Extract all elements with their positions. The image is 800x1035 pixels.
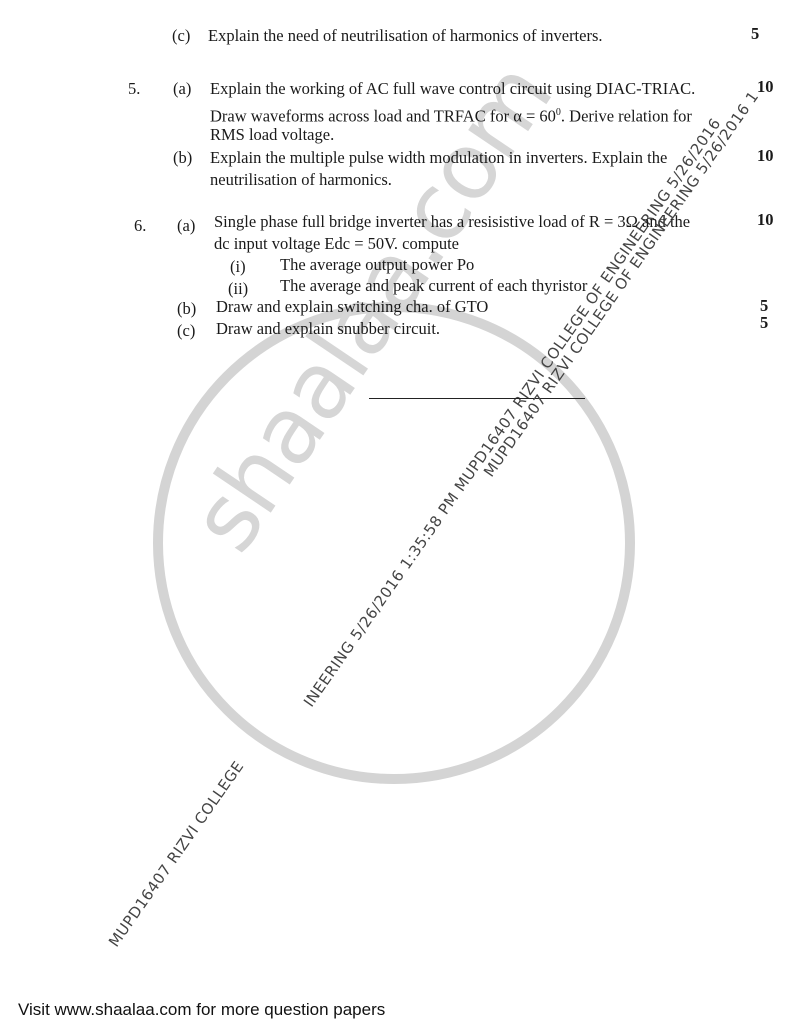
watermark-stamp-bottom-left: MUPD16407 RIZVI COLLEGE bbox=[105, 758, 247, 951]
q6c-marks: 5 bbox=[760, 313, 768, 333]
q6c-label: (c) bbox=[177, 321, 195, 341]
q5a-line2-pre: Draw waveforms across load and TRFAC for… bbox=[210, 107, 556, 126]
q6c-text: Draw and explain snubber circuit. bbox=[216, 319, 440, 339]
q6a-sub2-label: (ii) bbox=[228, 279, 248, 299]
end-rule bbox=[369, 398, 585, 399]
q6a-marks: 10 bbox=[757, 210, 774, 230]
q5a-line2-post: . Derive relation for bbox=[561, 107, 692, 126]
footer-link-text[interactable]: Visit www.shaalaa.com for more question … bbox=[18, 1000, 385, 1020]
q6-number: 6. bbox=[134, 216, 146, 236]
q6a-sub1-text: The average output power Po bbox=[280, 255, 474, 275]
q5-number: 5. bbox=[128, 79, 140, 99]
q4c-label: (c) bbox=[172, 26, 190, 46]
q6b-label: (b) bbox=[177, 299, 196, 319]
q5b-marks: 10 bbox=[757, 146, 774, 166]
q5b-label: (b) bbox=[173, 148, 192, 168]
q6a-label: (a) bbox=[177, 216, 195, 236]
q5a-marks: 10 bbox=[757, 77, 774, 97]
q5a-line1: Explain the working of AC full wave cont… bbox=[210, 79, 695, 99]
q4c-marks: 5 bbox=[751, 24, 759, 44]
q6a-sub2-text: The average and peak current of each thy… bbox=[280, 276, 587, 296]
q5a-line2: Draw waveforms across load and TRFAC for… bbox=[210, 103, 692, 127]
q6b-text: Draw and explain switching cha. of GTO bbox=[216, 297, 488, 317]
q6a-sub1-label: (i) bbox=[230, 257, 246, 277]
q5a-line3: RMS load voltage. bbox=[210, 125, 334, 145]
q6a-line1: Single phase full bridge inverter has a … bbox=[214, 212, 690, 232]
q5b-line2: neutrilisation of harmonics. bbox=[210, 170, 392, 190]
q6a-line2: dc input voltage Edc = 50V. compute bbox=[214, 234, 459, 254]
q5a-label: (a) bbox=[173, 79, 191, 99]
q5b-line1: Explain the multiple pulse width modulat… bbox=[210, 148, 667, 168]
q4c-text: Explain the need of neutrilisation of ha… bbox=[208, 26, 603, 46]
